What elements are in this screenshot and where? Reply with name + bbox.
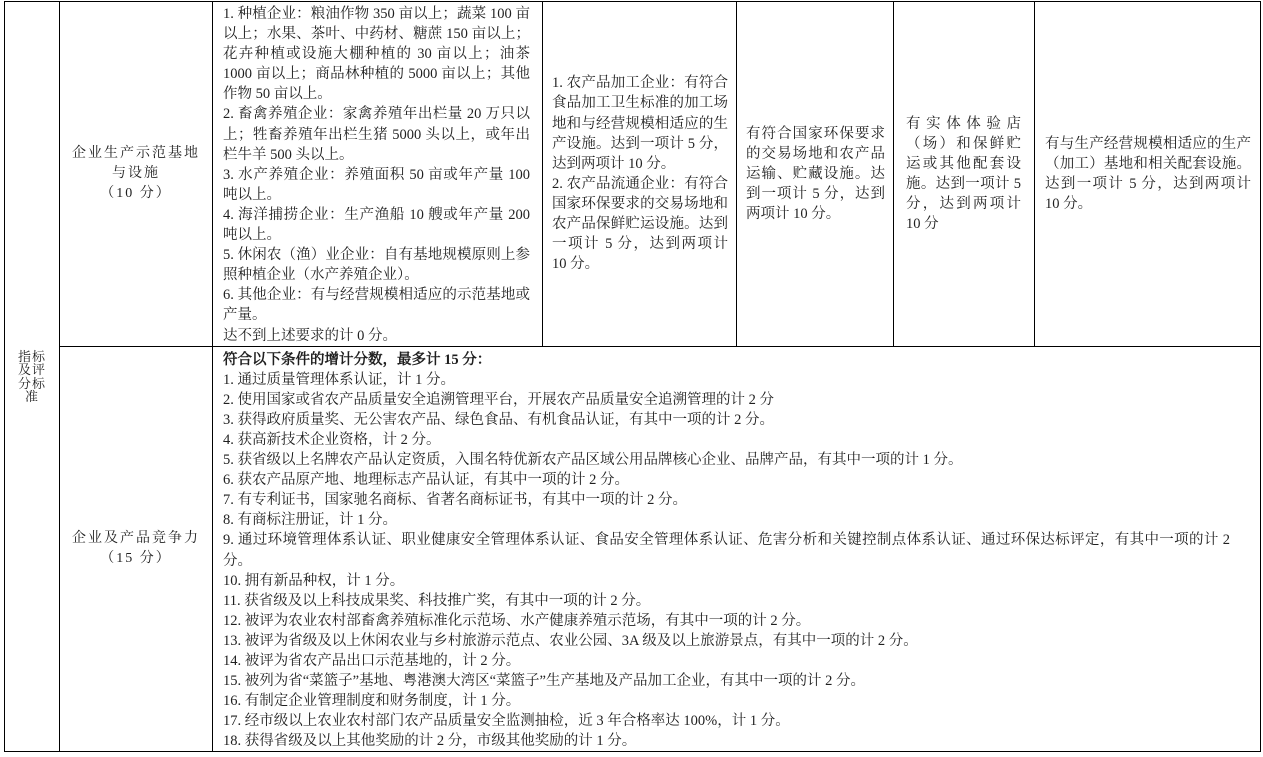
criteria-item: 4. 海洋捕捞企业：生产渔船 10 艘或年产量 200 吨以上。 (223, 205, 530, 245)
bonus-item: 7. 有专利证书，国家驰名商标、省著名商标证书，有其中一项的计 2 分。 (223, 490, 1230, 510)
criteria-item: 2. 畜禽养殖企业：家禽养殖年出栏量 20 万只以上；牲畜养殖年出栏生猪 500… (223, 104, 530, 164)
bonus-item: 5. 获省级以上名牌农产品认定资质，入围名特优新农产品区域公用品牌核心企业、品牌… (223, 450, 1230, 470)
bonus-item: 12. 被评为农业农村部畜禽养殖标准化示范场、水产健康养殖示范场，有其中一项的计… (223, 611, 1230, 631)
bonus-item: 16. 有制定企业管理制度和财务制度，计 1 分。 (223, 691, 1230, 711)
bonus-item: 3. 获得政府质量奖、无公害农产品、绿色食品、有机食品认证，有其中一项的计 2 … (223, 410, 1230, 430)
bonus-item: 1. 通过质量管理体系认证，计 1 分。 (223, 370, 1230, 390)
criteria-item: 3. 水产养殖企业：养殖面积 50 亩或年产量 100 吨以上。 (223, 165, 530, 205)
bonus-item: 2. 使用国家或省农产品质量安全追溯管理平台，开展农产品质量安全追溯管理的计 2… (223, 390, 1230, 410)
cell-bonus-points: 符合以下条件的增计分数，最多计 15 分： 1. 通过质量管理体系认证，计 1 … (213, 346, 1261, 752)
bonus-item: 4. 获高新技术企业资格，计 2 分。 (223, 430, 1230, 450)
criteria-group-cell: 指标及评分标准 (5, 2, 60, 752)
bonus-item: 10. 拥有新品种权，计 1 分。 (223, 571, 1230, 591)
document-page: 指标及评分标准 企业生产示范基地 与设施 （10 分） 1. 种植企业：粮油作物… (0, 0, 1263, 757)
bonus-item: 14. 被评为省农产品出口示范基地的，计 2 分。 (223, 651, 1230, 671)
criteria-item: 6. 其他企业：有与经营规模相适应的示范基地或产量。 (223, 285, 530, 325)
evaluation-criteria-table: 指标及评分标准 企业生产示范基地 与设施 （10 分） 1. 种植企业：粮油作物… (4, 1, 1261, 752)
cell-experience-store: 有实体体验店（场）和保鲜贮运或其他配套设施。达到一项计 5 分，达到两项计 10… (894, 2, 1035, 347)
indicator-label-line: 企业及产品竞争力 (60, 529, 212, 549)
criteria-item: 2. 农产品流通企业：有符合国家环保要求的交易场地和农产品保鲜贮运设施。达到一项… (552, 174, 728, 274)
indicator-score-label: （10 分） (60, 184, 212, 204)
criteria-item: 有实体体验店（场）和保鲜贮运或其他配套设施。达到一项计 5 分，达到两项计 10… (906, 114, 1021, 235)
indicator-cell-competitiveness: 企业及产品竞争力 （15 分） (60, 346, 213, 752)
bonus-item: 8. 有商标注册证，计 1 分。 (223, 510, 1230, 530)
criteria-item: 5. 休闲农（渔）业企业：自有基地规模原则上参照种植企业（水产养殖企业）。 (223, 245, 530, 285)
criteria-item: 有符合国家环保要求的交易场地和农产品运输、贮藏设施。达到一项计 5 分，达到两项… (746, 124, 885, 224)
bonus-item: 17. 经市级以上农业农村部门农产品质量安全监测抽检，近 3 年合格率达 100… (223, 711, 1230, 731)
indicator-score-label: （15 分） (60, 549, 212, 569)
bonus-item: 6. 获农产品原产地、地理标志产品认证，有其中一项的计 2 分。 (223, 470, 1230, 490)
criteria-group-label: 指标及评分标准 (17, 350, 47, 404)
cell-production-base-details: 1. 种植企业：粮油作物 350 亩以上；蔬菜 100 亩以上；水果、茶叶、中药… (213, 2, 543, 347)
indicator-label-line: 企业生产示范基地 (60, 144, 212, 164)
indicator-cell-production-base: 企业生产示范基地 与设施 （10 分） (60, 2, 213, 347)
bonus-item: 9. 通过环境管理体系认证、职业健康安全管理体系认证、食品安全管理体系认证、危害… (223, 530, 1230, 570)
indicator-label-line: 与设施 (60, 164, 212, 184)
cell-circulation-enterprise: 有符合国家环保要求的交易场地和农产品运输、贮藏设施。达到一项计 5 分，达到两项… (737, 2, 894, 347)
bonus-item: 11. 获省级及以上科技成果奖、科技推广奖，有其中一项的计 2 分。 (223, 591, 1230, 611)
cell-processing-enterprise: 1. 农产品加工企业：有符合食品加工卫生标准的加工场地和与经营规模相适应的生产设… (543, 2, 737, 347)
bonus-item: 18. 获得省级及以上其他奖励的计 2 分，市级其他奖励的计 1 分。 (223, 731, 1230, 751)
cell-adapted-facilities: 有与生产经营规模相适应的生产（加工）基地和相关配套设施。达到一项计 5 分，达到… (1035, 2, 1261, 347)
bonus-item: 15. 被列为省“菜篮子”基地、粤港澳大湾区“菜篮子”生产基地及产品加工企业，有… (223, 671, 1230, 691)
criteria-footer: 达不到上述要求的计 0 分。 (223, 326, 530, 346)
bonus-item: 13. 被评为省级及以上休闲农业与乡村旅游示范点、农业公园、3A 级及以上旅游景… (223, 631, 1230, 651)
bonus-header: 符合以下条件的增计分数，最多计 15 分： (223, 350, 1230, 370)
criteria-item: 1. 种植企业：粮油作物 350 亩以上；蔬菜 100 亩以上；水果、茶叶、中药… (223, 4, 530, 104)
criteria-item: 1. 农产品加工企业：有符合食品加工卫生标准的加工场地和与经营规模相适应的生产设… (552, 73, 728, 173)
criteria-item: 有与生产经营规模相适应的生产（加工）基地和相关配套设施。达到一项计 5 分，达到… (1045, 134, 1251, 214)
